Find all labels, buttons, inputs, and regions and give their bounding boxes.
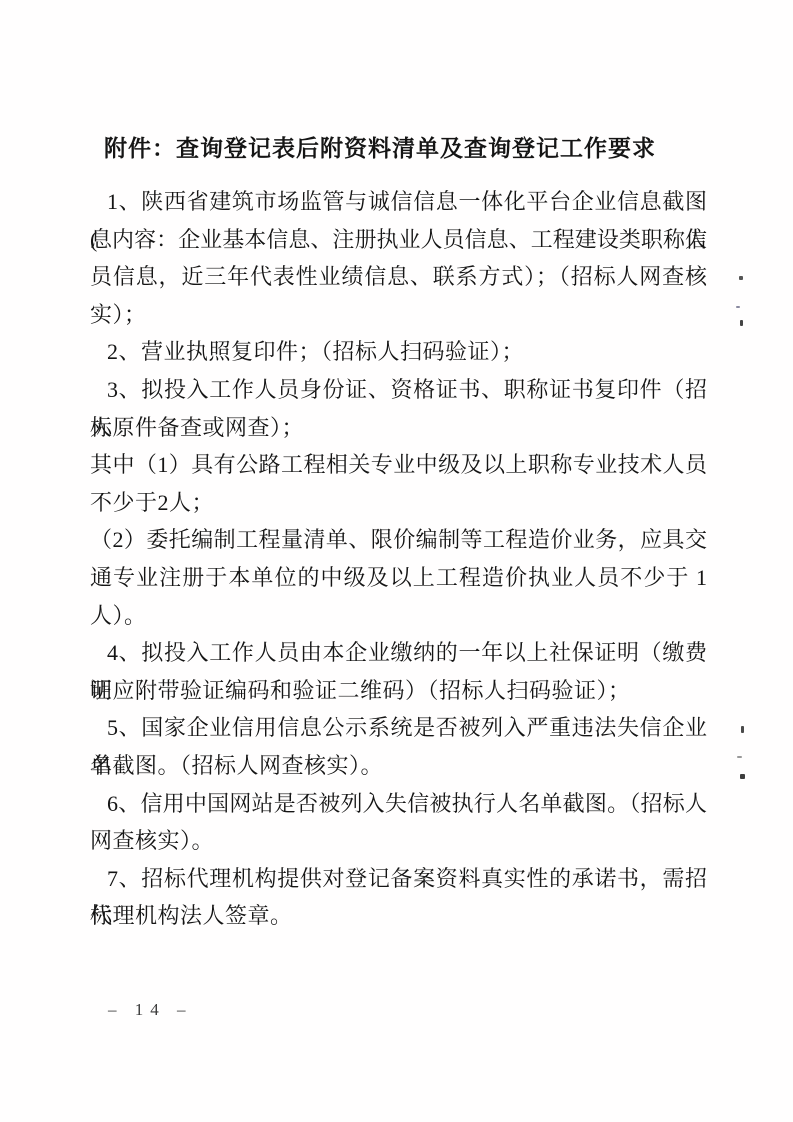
body-line-1: 1、陕西省建筑市场监管与诚信信息一体化平台企业信息截图(信	[90, 183, 707, 221]
document-body: 1、陕西省建筑市场监管与诚信信息一体化平台企业信息截图(信 息内容：企业基本信息…	[90, 183, 707, 935]
body-line-2: 息内容：企业基本信息、注册执业人员信息、工程建设类职称人	[90, 221, 707, 259]
body-line-8: 其中（1）具有公路工程相关专业中级及以上职称专业技术人员	[90, 446, 707, 484]
body-line-20: 代理机构法人签章。	[90, 897, 707, 935]
body-line-12: 人）。	[90, 597, 707, 635]
body-line-14: 明应附带验证编码和验证二维码）（招标人扫码验证）；	[90, 672, 707, 710]
scan-speck	[736, 306, 740, 308]
body-line-7: 人原件备查或网查）；	[90, 409, 707, 447]
body-line-17: 6、信用中国网站是否被列入失信被执行人名单截图。（招标人	[90, 785, 707, 823]
body-line-11: 通专业注册于本单位的中级及以上工程造价执业人员不少于 1	[90, 559, 707, 597]
body-line-9: 不少于2人；	[90, 484, 707, 522]
scan-speck	[740, 774, 745, 779]
body-line-18: 网查核实）。	[90, 822, 707, 860]
scan-speck	[740, 320, 743, 326]
body-line-13: 4、拟投入工作人员由本企业缴纳的一年以上社保证明（缴费证	[90, 634, 707, 672]
body-line-4: 实）；	[90, 296, 707, 334]
scan-speck	[737, 756, 742, 758]
scan-speck	[739, 276, 743, 280]
scan-speck	[741, 726, 744, 733]
body-line-3: 员信息，近三年代表性业绩信息、联系方式）；（招标人网查核	[90, 258, 707, 296]
document-page: 附件：查询登记表后附资料清单及查询登记工作要求 1、陕西省建筑市场监管与诚信信息…	[0, 0, 793, 1122]
document-title: 附件：查询登记表后附资料清单及查询登记工作要求	[104, 133, 656, 163]
page-number: – 14 –	[108, 1000, 193, 1020]
body-line-5: 2、营业执照复印件；（招标人扫码验证）；	[90, 333, 707, 371]
body-line-15: 5、国家企业信用信息公示系统是否被列入严重违法失信企业名	[90, 709, 707, 747]
body-line-16: 单截图。（招标人网查核实）。	[90, 747, 707, 785]
body-line-10: （2）委托编制工程量清单、限价编制等工程造价业务，应具交	[90, 521, 707, 559]
body-line-6: 3、拟投入工作人员身份证、资格证书、职称证书复印件（招标	[90, 371, 707, 409]
body-line-19: 7、招标代理机构提供对登记备案资料真实性的承诺书，需招标	[90, 860, 707, 898]
